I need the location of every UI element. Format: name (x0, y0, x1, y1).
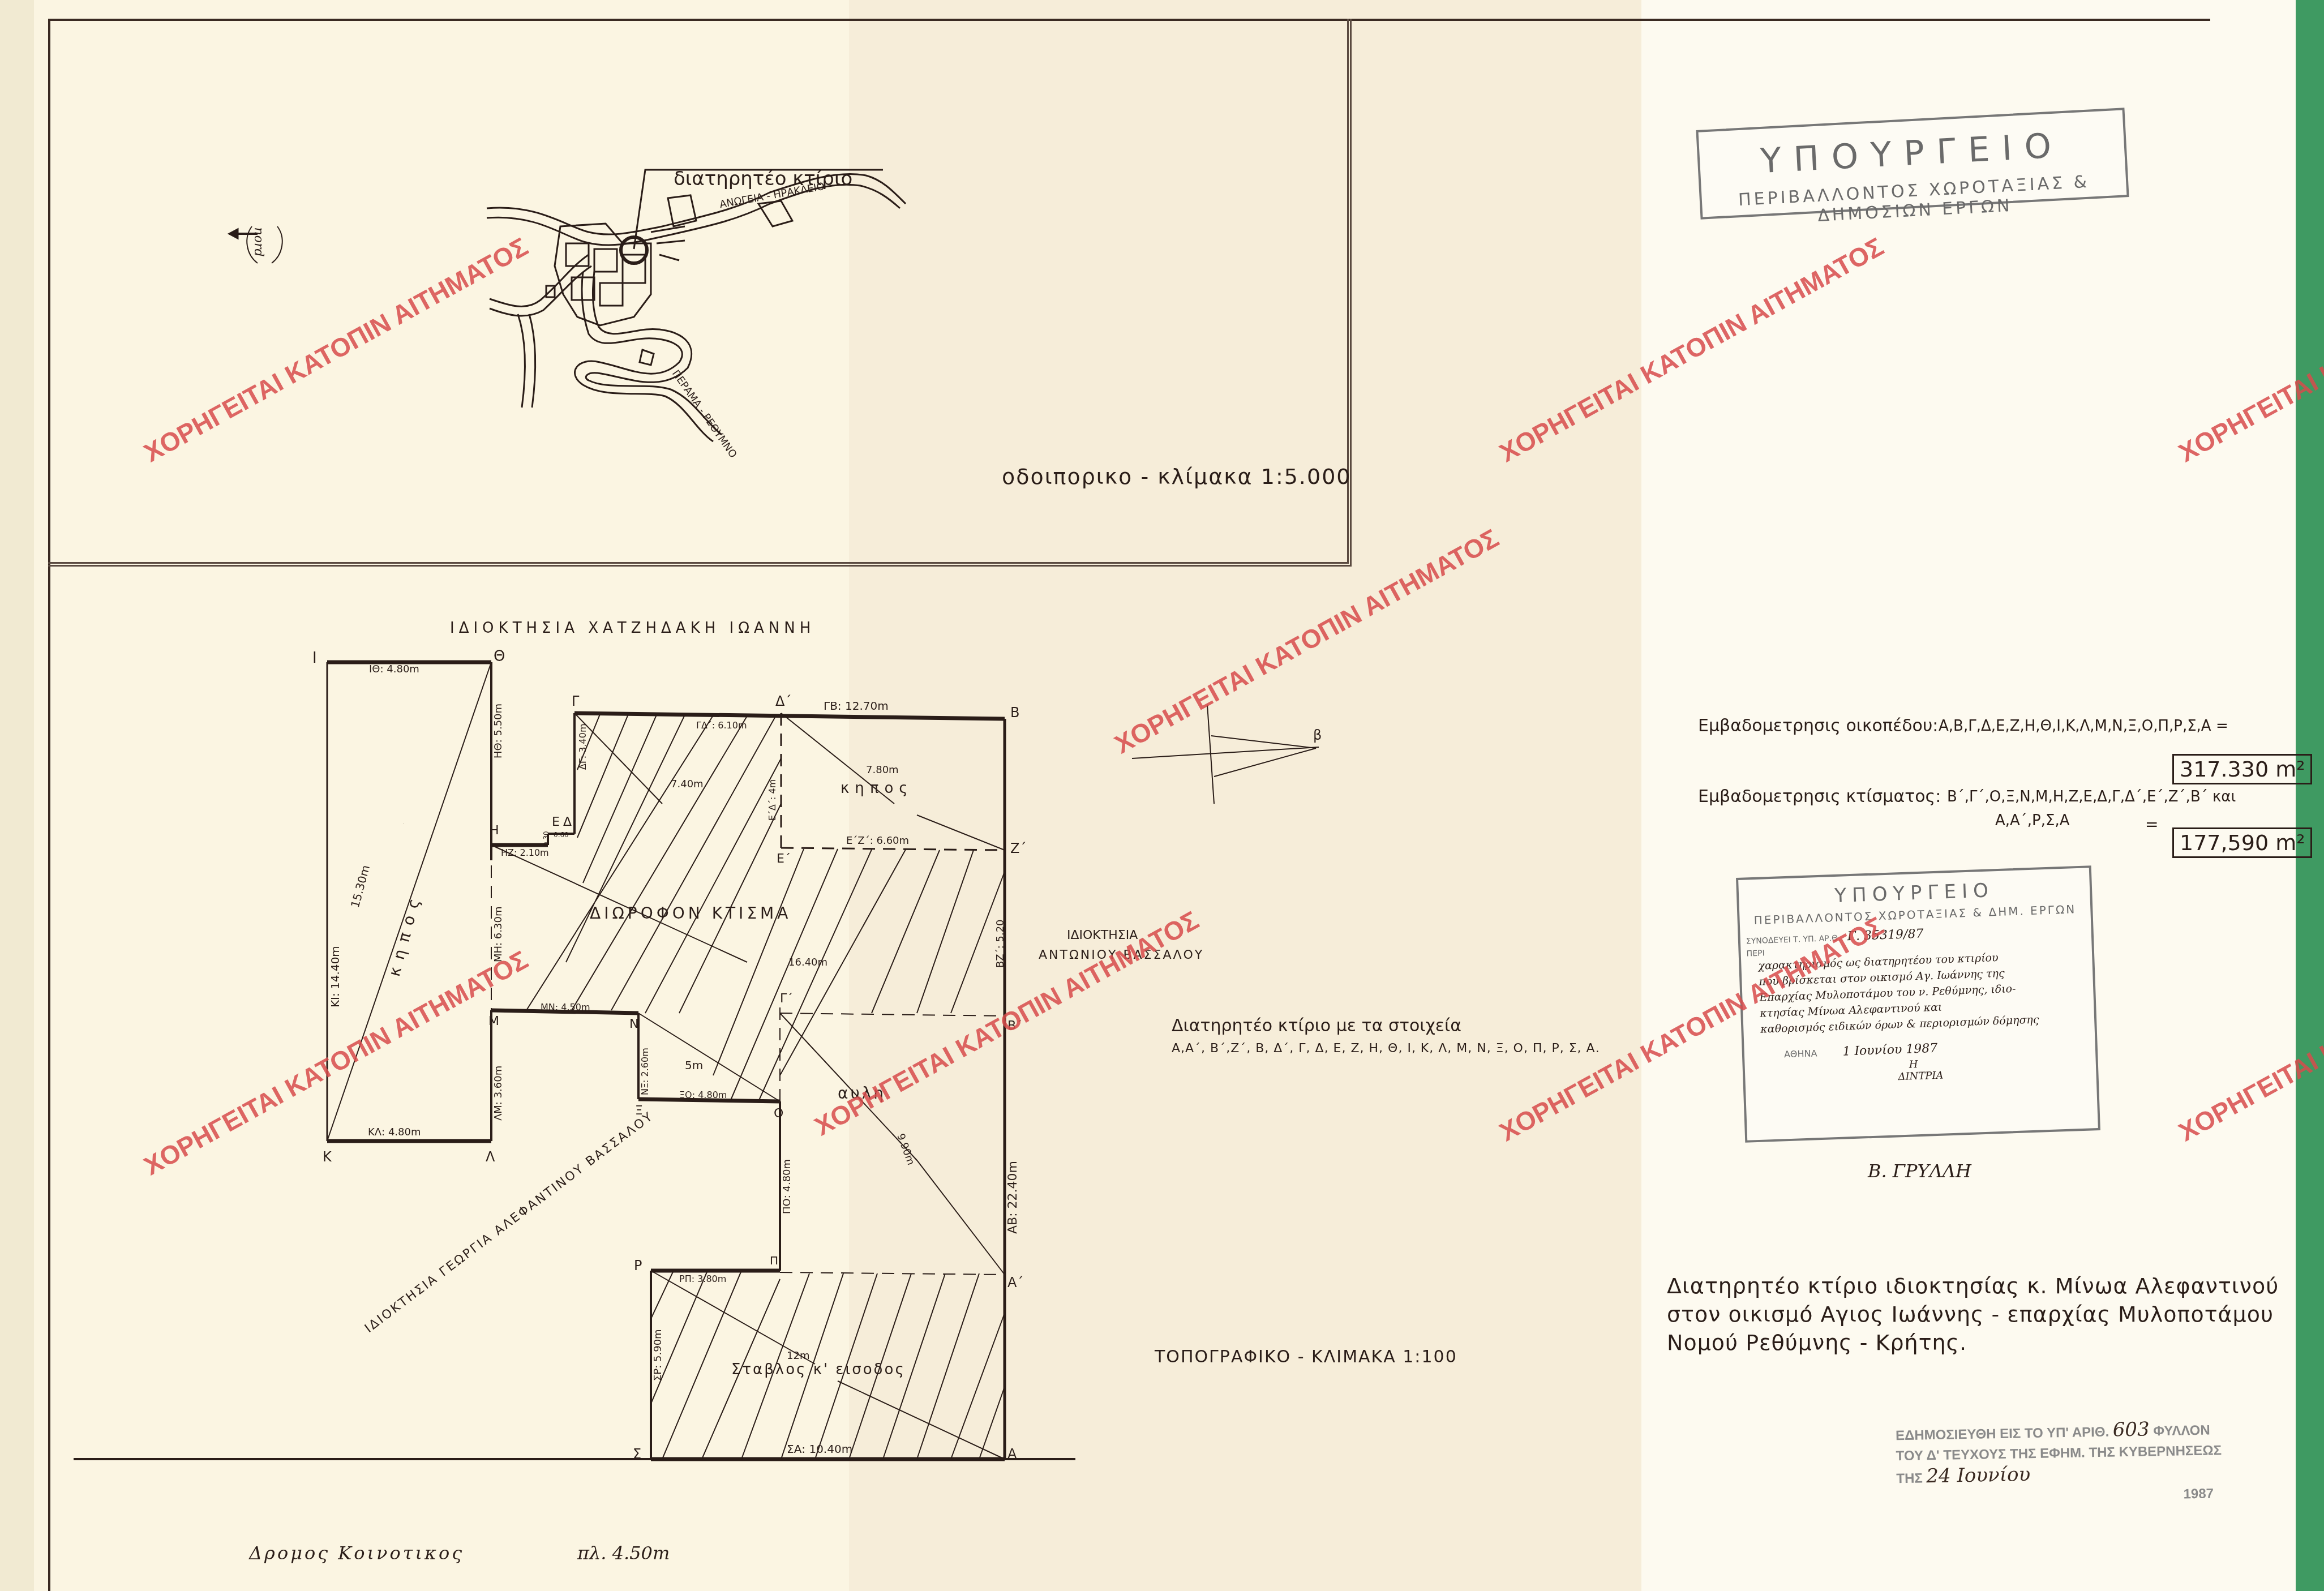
dim-N-Xi: ΝΞ: 2.60m (640, 1048, 650, 1095)
plan-scale-caption: ΤΟΠΟΓΡΑΦΙΚΟ - ΚΛΙΜΑΚΑ 1:100 (1155, 1347, 1457, 1367)
vertex-Gamma: Γ (572, 693, 579, 709)
approval-peri-label: ΠΕΡΙ (1746, 949, 1764, 958)
dim-Sigma-A: ΣΑ: 10.40m (787, 1442, 852, 1456)
plot-area-vertices: Α,Β,Γ,Δ,Ε,Ζ,Η,Θ,Ι,Κ,Λ,Μ,Ν,Ξ,Ο,Π,Ρ,Σ,Α = (1939, 718, 2228, 735)
vertex-R: Ρ (634, 1258, 642, 1273)
approval-stamp: ΥΠΟΥΡΓΕΙΟ ΠΕΡΙΒΑΛΛΟΝΤΟΣ ΧΩΡΟΤΑΞΙΑΣ & ΔΗΜ… (1736, 865, 2100, 1143)
dim-Z-E: 0.30 (542, 831, 550, 846)
title-line-3: Νομού Ρεθύμνης - Κρήτης. (1667, 1330, 1967, 1355)
legend-heading: Διατηρητέο κτίριο με τα στοιχεία (1172, 1016, 1461, 1036)
vertex-Xi: Ξ (635, 1104, 643, 1118)
map-marker-label: διατηρητέο κτίριο (674, 168, 852, 190)
vertex-E-prime: Ε΄ (777, 852, 791, 866)
legend-vertices-list: Α,Α΄, Β΄,Ζ΄, Β, Δ΄, Γ, Δ, Ε, Ζ, Η, Θ, Ι,… (1172, 1041, 1600, 1056)
dim-Gamma-Delta-prime: ΓΔ΄: 6.10m (696, 720, 747, 731)
plot-area-value: 317.330 m² (2172, 754, 2312, 784)
dim-I-Theta: ΙΘ: 4.80m (369, 663, 419, 675)
vertex-I: Ι (312, 650, 317, 667)
publication-stamp: ΕΔΗΜΟΣΙΕΥΘΗ ΕΙΣ ΤΟ ΥΠ' ΑΡΙΘ. 603 ΦΥΛΛΟΝ … (1896, 1418, 2237, 1509)
dim-E-prime-Delta-prime: Ε΄Δ΄: 4m (767, 779, 778, 821)
vertex-Sigma: Σ (633, 1446, 641, 1462)
dim-diagonal-780: 7.80m (866, 764, 899, 776)
pub-date: 24 Ιουνίου (1926, 1463, 2030, 1487)
building-area-value: 177,590 m² (2172, 827, 2312, 858)
plot-area-label: Εμβαδομετρησις οικοπέδου: (1698, 716, 1938, 736)
vicinity-scale-caption: οδοιπορικο - κλίμακα 1:5.000 (1002, 464, 1351, 489)
dim-E-prime-Z-prime: Ε΄Ζ΄: 6.60m (846, 835, 909, 847)
dim-H-Theta: ΗΘ: 5.50m (492, 704, 504, 758)
building-area-equals: = (2145, 815, 2158, 834)
pub-issue-number: 603 (2112, 1418, 2150, 1441)
vertex-N: Ν (629, 1017, 638, 1031)
dim-Lambda-M: ΛΜ: 3.60m (492, 1066, 504, 1121)
vertex-H: Η (490, 824, 499, 838)
north-arrow-label: nord (251, 227, 265, 256)
dim-K-I: ΚΙ: 14.40m (328, 946, 342, 1007)
area-label-stable: Σταβλος κ' εισοδος (731, 1361, 906, 1378)
building-area-label: Εμβαδομετρησις κτίσματος: (1698, 787, 1941, 807)
dim-R-P: ΡΠ: 3.80m (679, 1273, 726, 1284)
dim-E-Delta: 0.60 (554, 831, 569, 839)
approval-date: 1 Ιουνίου 1987 (1842, 1041, 1938, 1059)
area-label-two-storey-building: ΔΙΩΡΟΦΟΝ ΚΤΙΣΜΑ (590, 904, 791, 923)
vertex-Gamma-prime: Γ΄ (780, 992, 793, 1006)
title-line-1: Διατηρητέο κτίριο ιδιοκτησίας κ. Μίνωα Α… (1667, 1273, 2279, 1298)
vertex-A-prime: Α΄ (1007, 1275, 1023, 1290)
dim-diagonal-5: 5m (685, 1058, 703, 1072)
vertex-A: Α (1007, 1446, 1017, 1462)
dim-Delta-Gamma: ΔΓ: 3.40m (577, 723, 588, 770)
dim-B-Z-prime: ΒΖ΄: 5.20 (994, 919, 1006, 968)
signature: Β. ΓΡΥΛΛΗ (1868, 1160, 1971, 1182)
building-area-vertices: Β΄,Γ΄,Ο,Ξ,Ν,Μ,Η,Ζ,Ε,Δ,Γ,Δ΄,Ε΄,Ζ΄,Β΄ και (1947, 788, 2236, 805)
dim-Xi-O: ΞΟ: 4.80m (679, 1090, 727, 1100)
vertex-Lambda: Λ (486, 1149, 495, 1165)
pub-line3-a: ΤΗΣ (1896, 1470, 1923, 1486)
vertex-Delta-prime: Δ΄ (775, 693, 791, 709)
vertex-Z-prime: Ζ΄ (1010, 840, 1026, 856)
dim-diagonal-1640: 16.40m (788, 957, 827, 968)
approval-place: ΑΘΗΝΑ (1784, 1048, 1817, 1060)
vertex-Z: Ζ (403, 824, 404, 824)
road-name-label: Δρομος Κοινοτικος (249, 1542, 464, 1564)
dim-diagonal-12: 12m (787, 1350, 809, 1362)
bearing-label: β (1313, 727, 1322, 743)
vertex-P: Π (770, 1254, 778, 1267)
neighbor-north-label: ΙΔΙΟΚΤΗΣΙΑ ΧΑΤΖΗΔΑΚΗ ΙΩΑΝΝΗ (450, 620, 815, 637)
dim-K-Lambda: ΚΛ: 4.80m (368, 1126, 421, 1138)
dim-Gamma-B: ΓΒ: 12.70m (824, 699, 889, 713)
dim-P-O: ΠΟ: 4.80m (781, 1159, 793, 1214)
vertex-E: Ε (552, 815, 560, 829)
building-area-vertices-2: Α,Α΄,Ρ,Σ,Α (1995, 812, 2070, 829)
dim-A-B: ΑΒ: 22.40m (1006, 1161, 1020, 1234)
dim-Sigma-R: ΣΡ: 5.90m (652, 1329, 664, 1381)
dim-H-Z: ΗΖ: 2.10m (501, 847, 549, 858)
pub-line1-a: ΕΔΗΜΟΣΙΕΥΘΗ ΕΙΣ ΤΟ ΥΠ' ΑΡΙΘ. (1896, 1425, 2109, 1444)
area-label-garden-northeast: κηπος (841, 780, 914, 797)
vertex-Delta: Δ (563, 815, 572, 829)
title-line-2: στον οικισμό Αγιος Ιωάννης - επαρχίας Μυ… (1667, 1302, 2274, 1327)
dim-diagonal-740: 7.40m (671, 778, 704, 790)
vertex-M: Μ (488, 1014, 499, 1028)
vertex-Theta: Θ (494, 648, 505, 665)
road-width-label: πλ. 4.50m (577, 1542, 670, 1564)
vertex-O: Ο (774, 1107, 783, 1121)
vertex-K: Κ (323, 1149, 332, 1165)
dim-M-N: ΜΝ: 4.50m (541, 1002, 590, 1013)
pub-line1-b: ΦΥΛΛΟΝ (2153, 1423, 2210, 1439)
vertex-B: Β (1010, 705, 1019, 721)
